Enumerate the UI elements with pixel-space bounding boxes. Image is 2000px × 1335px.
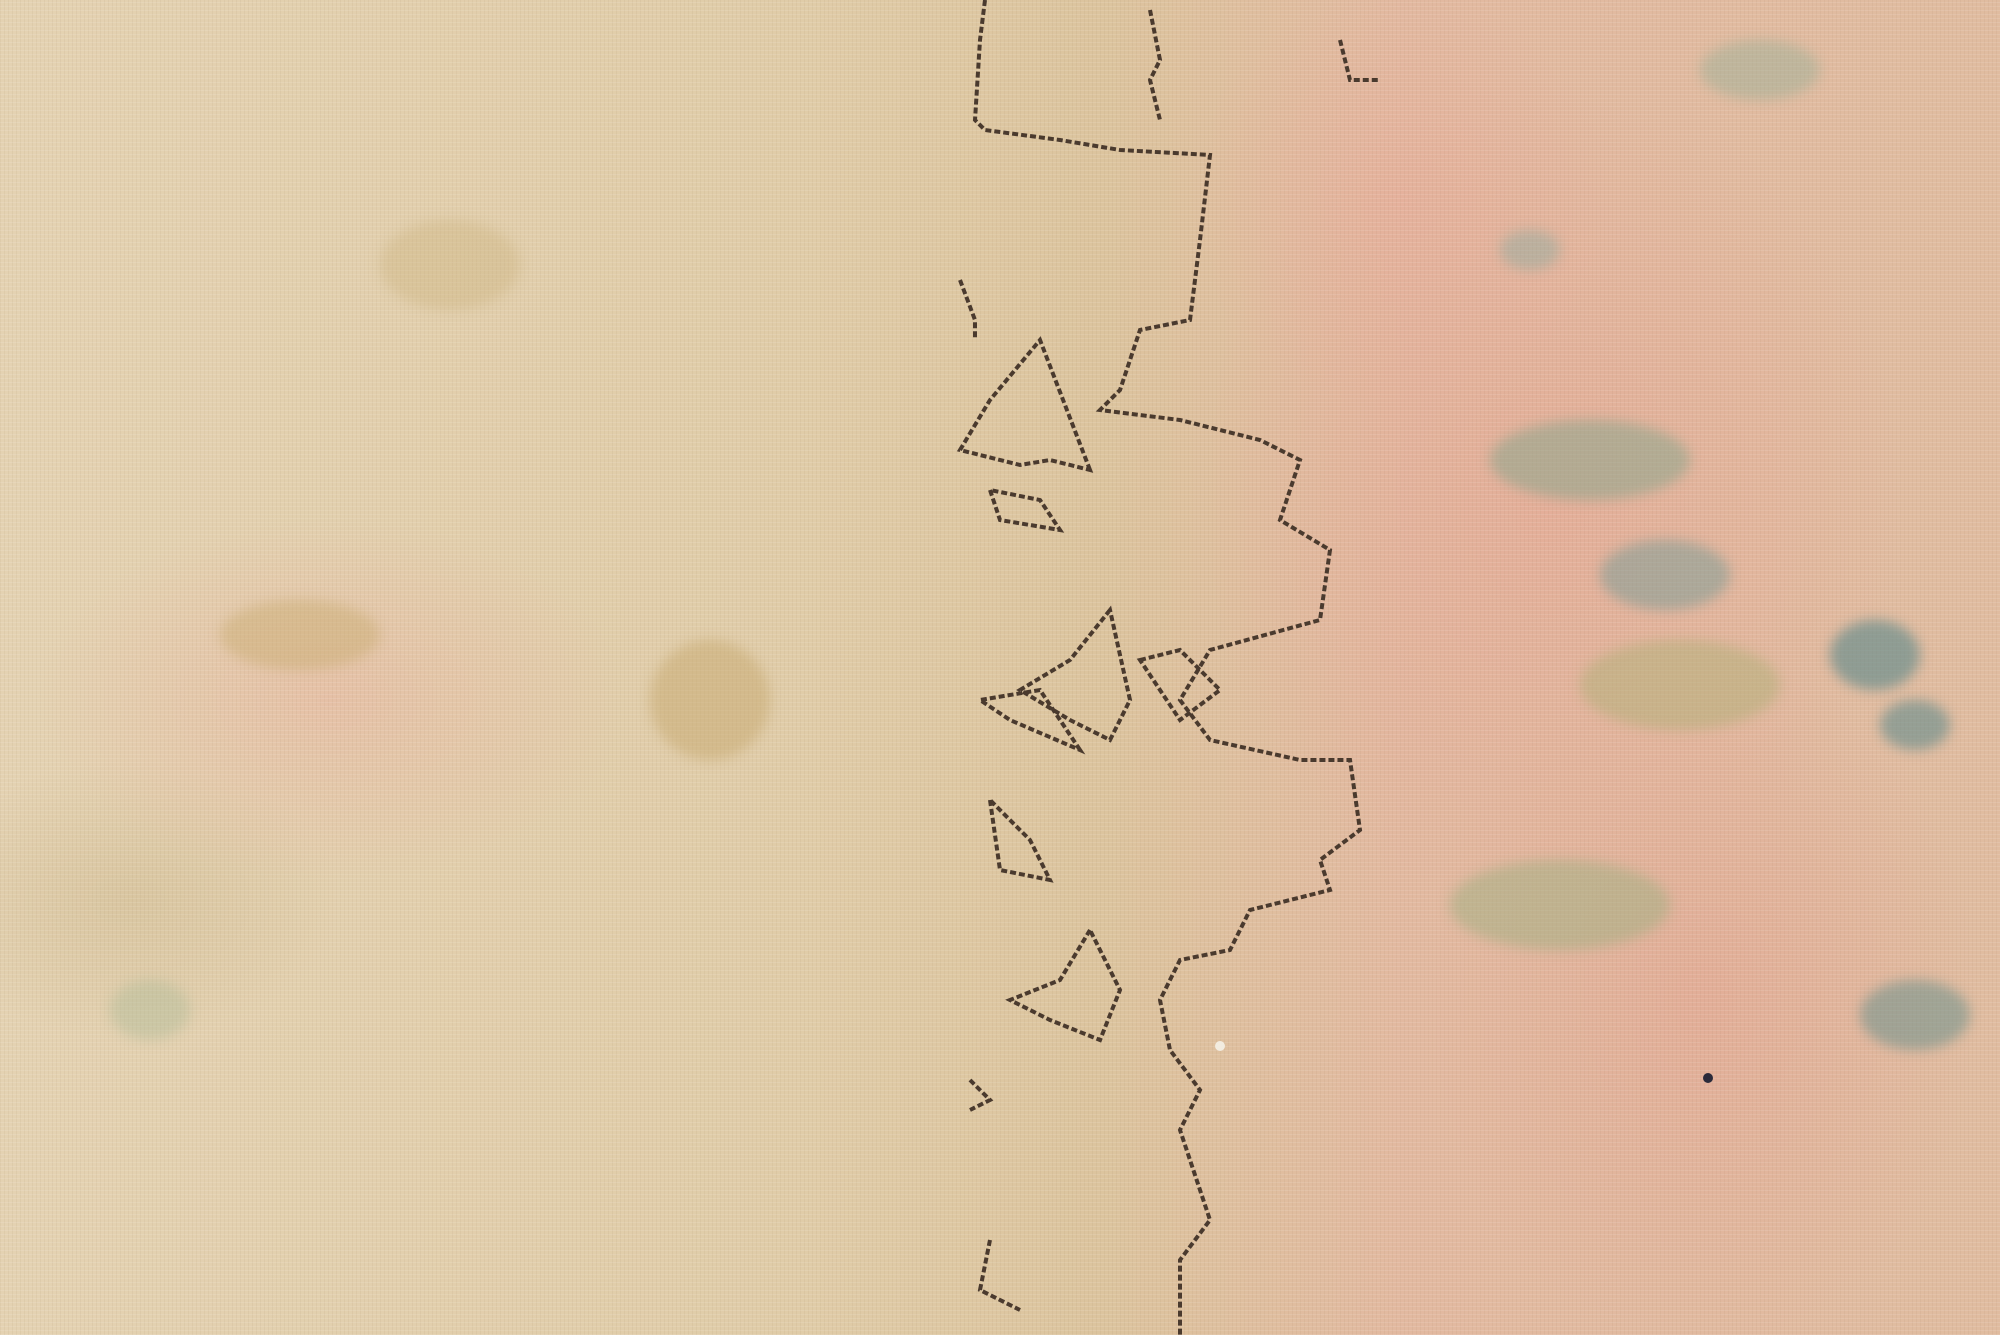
dark-speck — [1703, 1073, 1713, 1083]
stepped-outline-motif — [0, 0, 2000, 1335]
rug-photo — [0, 0, 2000, 1335]
white-fiber — [1215, 1041, 1225, 1051]
